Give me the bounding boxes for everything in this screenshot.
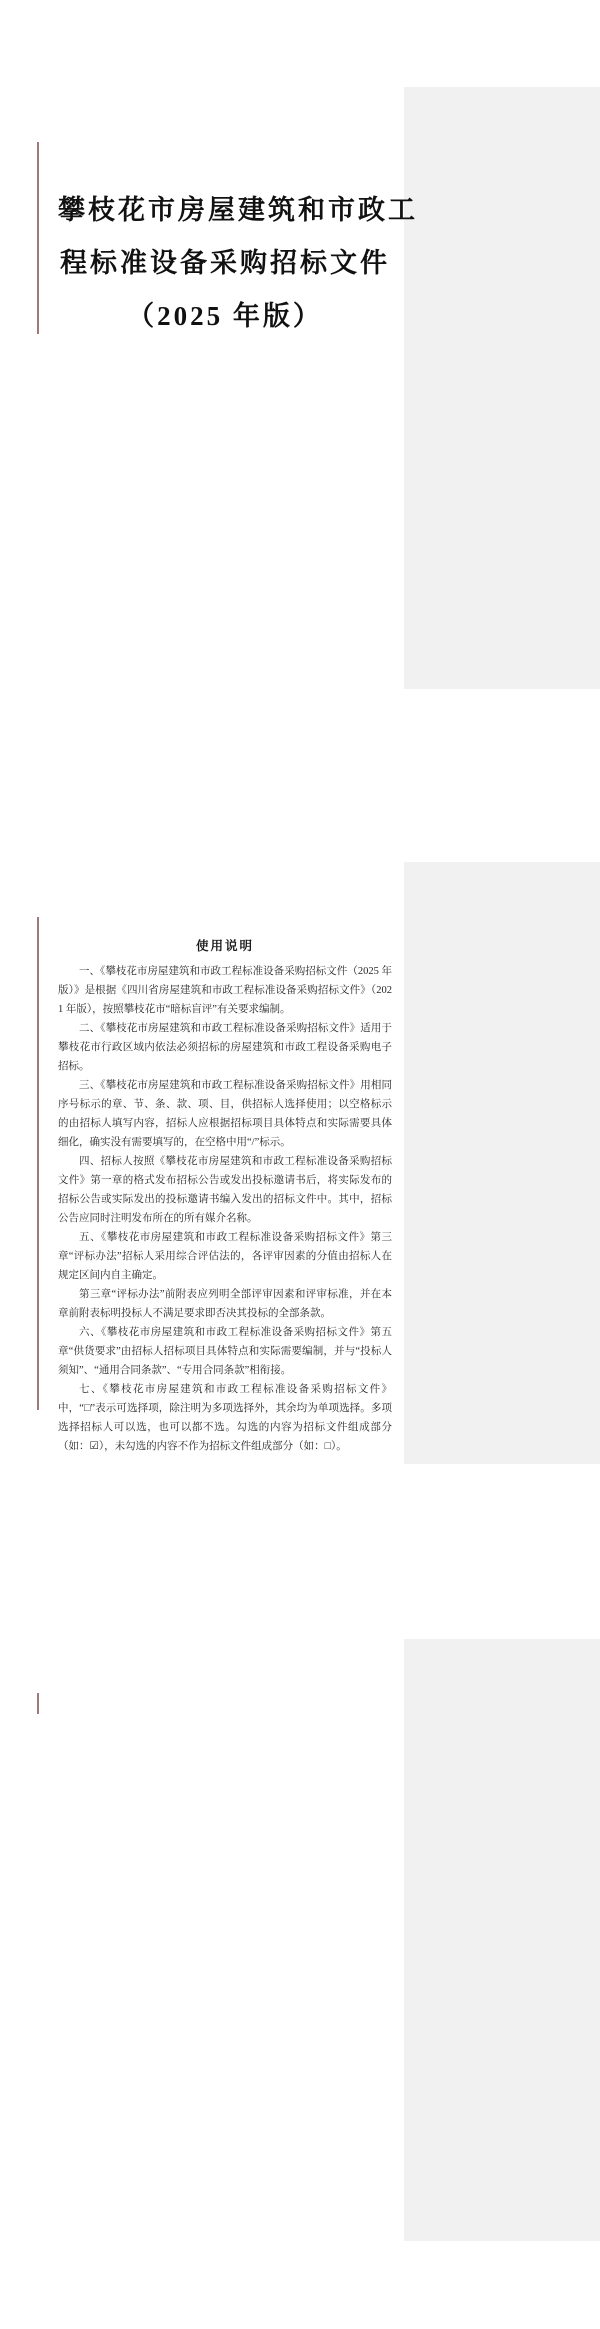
revision-bar bbox=[37, 1693, 39, 1714]
usage-paragraph: 二、《攀枝花市房屋建筑和市政工程标准设备采购招标文件》适用于攀枝花市行政区域内依… bbox=[58, 1019, 392, 1076]
cover-title-line-1: 攀枝花市房屋建筑和市政工 bbox=[58, 184, 392, 237]
usage-paragraph: 六、《攀枝花市房屋建筑和市政工程标准设备采购招标文件》第五章“供货要求”由招标人… bbox=[58, 1323, 392, 1380]
revision-bar bbox=[37, 917, 39, 1410]
usage-paragraph: 五、《攀枝花市房屋建筑和市政工程标准设备采购招标文件》第三章“评标办法”招标人采… bbox=[58, 1228, 392, 1285]
usage-instructions-section: 使用说明 一、《攀枝花市房屋建筑和市政工程标准设备采购招标文件（2025 年版）… bbox=[58, 936, 392, 1456]
cover-title-line-3: （2025 年版） bbox=[58, 290, 392, 343]
cover-title: 攀枝花市房屋建筑和市政工 程标准设备采购招标文件 （2025 年版） bbox=[58, 184, 392, 343]
adjacent-page-placeholder bbox=[404, 1639, 600, 2241]
document-view: 攀枝花市房屋建筑和市政工 程标准设备采购招标文件 （2025 年版） 使用说明 … bbox=[0, 0, 600, 2329]
usage-paragraph: 第三章“评标办法”前附表应列明全部评审因素和评审标准，并在本章前附表标明投标人不… bbox=[58, 1285, 392, 1323]
usage-paragraph: 四、招标人按照《攀枝花市房屋建筑和市政工程标准设备采购招标文件》第一章的格式发布… bbox=[58, 1152, 392, 1228]
usage-instructions-heading: 使用说明 bbox=[58, 936, 392, 954]
adjacent-page-placeholder bbox=[404, 87, 600, 689]
revision-bar bbox=[37, 142, 39, 334]
usage-paragraph: 七、《攀枝花市房屋建筑和市政工程标准设备采购招标文件》中，“□”表示可选择项，除… bbox=[58, 1380, 392, 1456]
usage-paragraph: 一、《攀枝花市房屋建筑和市政工程标准设备采购招标文件（2025 年版）》是根据《… bbox=[58, 962, 392, 1019]
adjacent-page-placeholder bbox=[404, 862, 600, 1464]
usage-paragraph: 三、《攀枝花市房屋建筑和市政工程标准设备采购招标文件》用相同序号标示的章、节、条… bbox=[58, 1076, 392, 1152]
cover-title-line-2: 程标准设备采购招标文件 bbox=[58, 237, 392, 290]
